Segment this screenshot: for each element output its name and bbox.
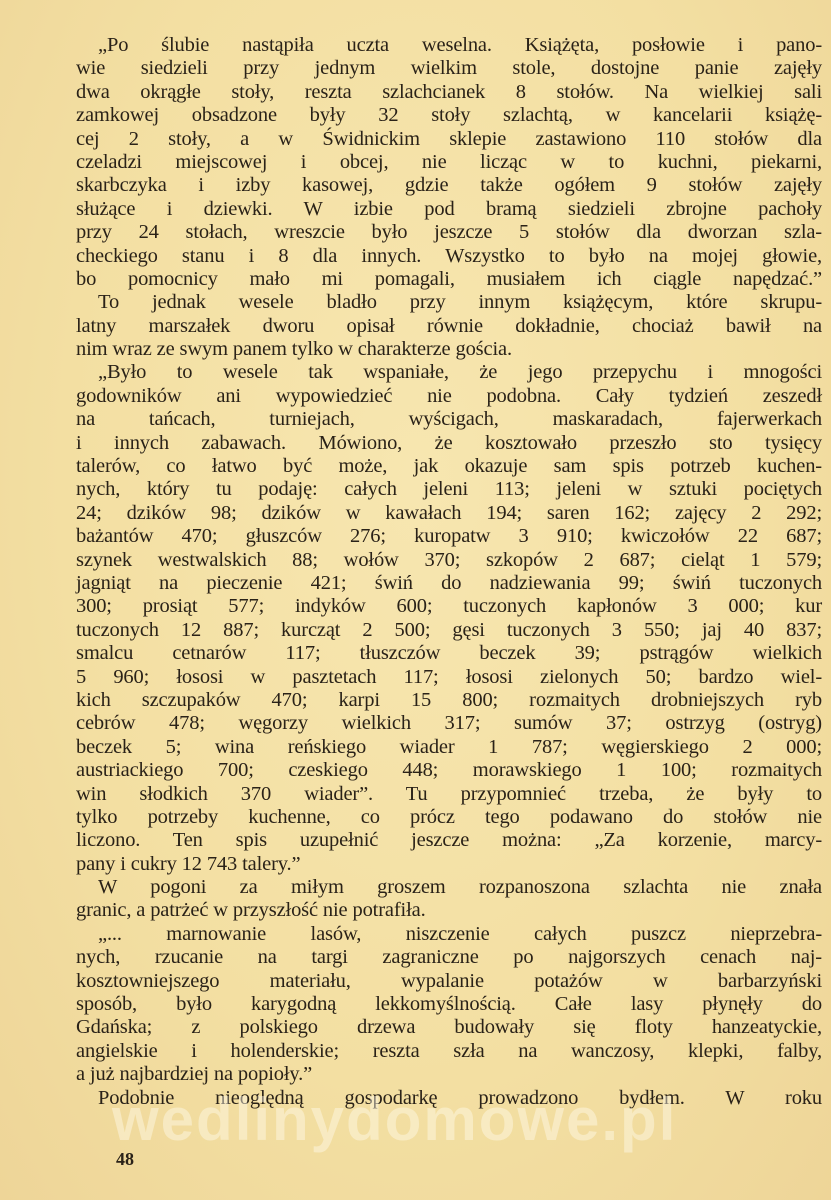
page-text-body: „Po ślubie nastąpiła uczta weselna. Ksią… — [76, 34, 822, 1110]
text-line: Podobnie nieoględną gospodarkę prowadzon… — [76, 1087, 822, 1110]
text-line: Gdańska; z polskiego drzewa budowały się… — [76, 1016, 822, 1039]
text-line: kosztowniejszego materiału, wypalanie po… — [76, 970, 822, 993]
text-line: 24; dzików 98; dzików w kawałach 194; sa… — [76, 502, 822, 525]
text-line: tuczonych 12 887; kurcząt 2 500; gęsi tu… — [76, 619, 822, 642]
text-line: pany i cukry 12 743 talery.” — [76, 853, 822, 876]
page-number: 48 — [116, 1149, 134, 1170]
text-line: beczek 5; wina reńskiego wiader 1 787; w… — [76, 736, 822, 759]
text-line: To jednak wesele bladło przy innym książ… — [76, 291, 822, 314]
text-line: zamkowej obsadzone były 32 stoły szlacht… — [76, 104, 822, 127]
text-line: smalcu cetnarów 117; tłuszczów beczek 39… — [76, 642, 822, 665]
text-line: bażantów 470; głuszców 276; kuropatw 3 9… — [76, 525, 822, 548]
text-line: nych, który tu podaję: całych jeleni 113… — [76, 478, 822, 501]
text-line: kich szczupaków 470; karpi 15 800; rozma… — [76, 689, 822, 712]
text-line: W pogoni za miłym groszem rozpanoszona s… — [76, 876, 822, 899]
text-line: godowników ani wypowiedzieć nie podobna.… — [76, 385, 822, 408]
text-line: bo pomocnicy mało mi pomagali, musiałem … — [76, 268, 822, 291]
text-line: „Było to wesele tak wspaniałe, że jego p… — [76, 361, 822, 384]
text-line: nim wraz ze swym panem tylko w charakter… — [76, 338, 822, 361]
text-line: nych, rzucanie na targi zagraniczne po n… — [76, 946, 822, 969]
text-line: szynek westwalskich 88; wołów 370; szkop… — [76, 549, 822, 572]
text-line: checkiego stanu i 8 dla innych. Wszystko… — [76, 245, 822, 268]
text-line: talerów, co łatwo być może, jak okazuje … — [76, 455, 822, 478]
text-line: skarbczyka i izby kasowej, gdzie także o… — [76, 174, 822, 197]
text-line: i innych zabawach. Mówiono, że kosztował… — [76, 432, 822, 455]
text-line: jagniąt na pieczenie 421; świń do nadzie… — [76, 572, 822, 595]
text-line: sposób, było karygodną lekkomyślnością. … — [76, 993, 822, 1016]
text-line: „... marnowanie lasów, niszczenie całych… — [76, 923, 822, 946]
text-line: cebrów 478; węgorzy wielkich 317; sumów … — [76, 712, 822, 735]
text-line: służące i dziewki. W izbie pod bramą sie… — [76, 198, 822, 221]
text-line: tylko potrzeby kuchenne, co prócz tego p… — [76, 806, 822, 829]
text-line: czeladzi miejscowej i obcej, nie licząc … — [76, 151, 822, 174]
text-line: wie siedzieli przy jednym wielkim stole,… — [76, 57, 822, 80]
text-line: austriackiego 700; czeskiego 448; moraws… — [76, 759, 822, 782]
text-line: angielskie i holenderskie; reszta szła n… — [76, 1040, 822, 1063]
text-line: win słodkich 370 wiader”. Tu przypomnieć… — [76, 783, 822, 806]
text-line: granic, a patrżeć w przyszłość nie potra… — [76, 899, 822, 922]
text-line: dwa okrągłe stoły, reszta szlachcianek 8… — [76, 81, 822, 104]
text-line: a już najbardziej na popioły.” — [76, 1063, 822, 1086]
text-line: „Po ślubie nastąpiła uczta weselna. Ksią… — [76, 34, 822, 57]
text-line: przy 24 stołach, wreszcie było jeszcze 5… — [76, 221, 822, 244]
text-line: 5 960; łososi w pasztetach 117; łososi z… — [76, 666, 822, 689]
text-line: cej 2 stoły, a w Świdnickim sklepie zast… — [76, 128, 822, 151]
text-line: liczono. Ten spis uzupełnić jeszcze możn… — [76, 829, 822, 852]
text-line: 300; prosiąt 577; indyków 600; tuczonych… — [76, 595, 822, 618]
text-line: na tańcach, turniejach, wyścigach, maska… — [76, 408, 822, 431]
text-line: latny marszałek dworu opisał równie dokł… — [76, 315, 822, 338]
